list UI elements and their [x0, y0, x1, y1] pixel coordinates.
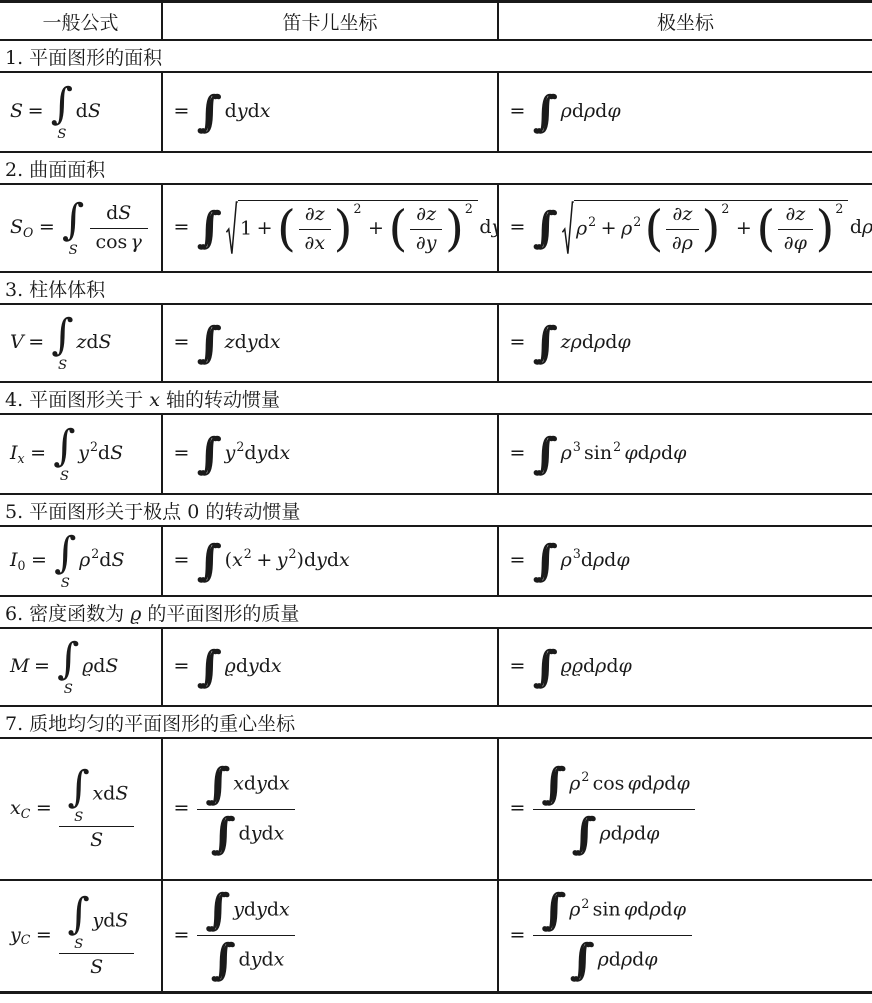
- math-run: =∫∫dydx: [169, 100, 270, 122]
- math-operator: =: [169, 216, 194, 238]
- integral-sign: ∫S: [68, 765, 90, 824]
- formula-row: V=∫SzdS=∫∫zdydx=∫∫zρdρdφ: [0, 304, 872, 382]
- integral-glyph: ∫: [214, 935, 236, 985]
- header-cartesian-coordinates: 笛卡儿坐标: [162, 2, 498, 41]
- math-text: 1: [240, 217, 252, 239]
- math-variable: y: [10, 924, 21, 946]
- polar-cell: =∫∫ρ2+ρ2(∂z∂ρ)2+(∂z∂φ)2dρdφ: [498, 184, 872, 272]
- fraction-numerator: ∫SxdS: [59, 765, 134, 826]
- math-variable: ρ: [621, 949, 632, 971]
- general-formula-cell: S=∫SdS: [0, 72, 162, 152]
- math-text: d: [267, 442, 279, 464]
- math-superscript: 2: [633, 214, 641, 229]
- open-paren-icon: (: [388, 212, 407, 247]
- math-variable: φ: [673, 442, 686, 464]
- section-title-row-7: 7. 质地均匀的平面图形的重心坐标: [0, 706, 872, 738]
- fraction: dScosγ: [90, 202, 148, 255]
- general-formula-cell: SO=∫SdScosγ: [0, 184, 162, 272]
- math-variable: φ: [646, 822, 659, 844]
- section-title-part: 轴的转动惯量: [160, 389, 280, 411]
- integral-lower-limit: S: [62, 244, 84, 257]
- math-text: d: [248, 100, 260, 122]
- integral-sign: ∫S: [51, 82, 73, 141]
- math-variable: ρ: [561, 549, 572, 571]
- close-paren-icon: ): [445, 212, 464, 247]
- math-variable: ρ: [598, 949, 609, 971]
- integral-glyph: ∫: [200, 429, 222, 479]
- math-variable: x: [279, 899, 290, 921]
- integral-lower-limit: S: [68, 811, 90, 824]
- math-operator: =: [31, 797, 56, 819]
- polar-cell: =∫∫ρ3dρdφ: [498, 526, 872, 596]
- math-variable: x: [274, 822, 285, 844]
- math-text: d: [304, 549, 316, 571]
- integral-glyph: ∫: [214, 809, 236, 859]
- integral-glyph: ∫: [573, 935, 595, 985]
- fraction-numerator: ∂z: [299, 203, 331, 229]
- math-variable: φ: [619, 655, 632, 677]
- math-variable: ∂: [416, 203, 426, 225]
- math-variable: y: [426, 232, 437, 254]
- math-variable: ρ: [621, 217, 632, 239]
- math-variable: S: [10, 100, 23, 122]
- math-run: =∫∫y2dydx: [169, 442, 290, 464]
- math-text: d: [641, 772, 653, 794]
- math-variable: z: [795, 203, 805, 225]
- math-operator: =: [505, 924, 530, 946]
- math-operator: =: [505, 549, 530, 571]
- double-integral-glyph: ∫∫: [533, 539, 558, 584]
- double-integral-sign: ∫∫: [533, 90, 558, 135]
- cartesian-cell: =∫∫y2dydx: [162, 414, 498, 494]
- math-variable: ρ: [682, 232, 693, 254]
- section-title: 2. 曲面面积: [0, 152, 872, 184]
- math-text: ): [297, 549, 304, 571]
- math-text: d: [103, 909, 115, 931]
- integral-lower-limit: S: [54, 577, 76, 590]
- math-variable: S: [99, 331, 112, 353]
- math-operator: =: [24, 331, 49, 353]
- integral-glyph: ∫: [544, 759, 566, 809]
- math-operator: +: [731, 217, 756, 239]
- math-variable: φ: [624, 899, 637, 921]
- math-text: d: [267, 772, 279, 794]
- math-text: d: [76, 100, 88, 122]
- integral-glyph: ∫: [536, 318, 558, 368]
- math-run: =∫∫ϱdydx: [169, 655, 282, 677]
- integral-sign: ∫S: [68, 892, 90, 951]
- math-variable: ρ: [584, 100, 595, 122]
- general-formula-cell: I0=∫Sρ2dS: [0, 526, 162, 596]
- math-variable: x: [274, 949, 285, 971]
- math-variable: ρ: [595, 655, 606, 677]
- fraction-numerator: ∫SydS: [59, 892, 134, 953]
- integral-sign: ∫S: [51, 313, 73, 372]
- math-operator: =: [169, 924, 194, 946]
- math-text: d: [244, 442, 256, 464]
- paren-exponent: 2: [353, 203, 361, 216]
- math-variable: φ: [628, 772, 641, 794]
- math-text: d: [99, 549, 111, 571]
- math-variable: S: [115, 783, 128, 805]
- fraction-denominator: ∂y: [410, 229, 442, 256]
- math-variable: x: [279, 772, 290, 794]
- integral-glyph: ∫: [208, 759, 230, 809]
- math-variable: ρ: [593, 549, 604, 571]
- math-variable: x: [314, 232, 325, 254]
- math-variable: x: [233, 772, 244, 794]
- math-text: d: [595, 100, 607, 122]
- double-integral-sign: ∫∫: [197, 645, 222, 690]
- math-superscript: 2: [613, 439, 621, 454]
- integral-glyph: ∫: [536, 429, 558, 479]
- double-integral-sign: ∫∫: [197, 321, 222, 366]
- math-operator: =: [505, 331, 530, 353]
- math-variable: I: [10, 549, 18, 571]
- math-superscript: 3: [573, 439, 581, 454]
- double-integral-sign: ∫∫: [533, 321, 558, 366]
- double-integral-glyph: ∫∫: [197, 432, 222, 477]
- math-text: cos: [593, 772, 625, 794]
- integral-glyph: ∫: [200, 642, 222, 692]
- math-variable: S: [105, 655, 118, 677]
- table-body: 1. 平面图形的面积S=∫SdS=∫∫dydx=∫∫ρdρdφ2. 曲面面积SO…: [0, 40, 872, 992]
- math-operator: =: [29, 655, 54, 677]
- fraction: ∂z∂ρ: [666, 203, 698, 256]
- cartesian-cell: =∫∫zdydx: [162, 304, 498, 382]
- double-integral-glyph: ∫∫: [541, 888, 566, 933]
- fraction-denominator: ∫∫dydx: [197, 809, 296, 857]
- double-integral-sign: ∫∫: [205, 762, 230, 807]
- math-variable: z: [315, 203, 325, 225]
- double-integral-glyph: ∫∫: [205, 888, 230, 933]
- integral-glyph: ∫: [536, 87, 558, 137]
- math-operator: =: [169, 549, 194, 571]
- math-operator: =: [505, 100, 530, 122]
- double-integral-glyph: ∫∫: [541, 762, 566, 807]
- math-run: =∫∫ρ2sinφdρdφ∫∫ρdρdφ: [505, 924, 695, 946]
- math-superscript: 3: [573, 546, 581, 561]
- math-operator: =: [169, 797, 194, 819]
- math-run: =∫∫(x2+y2)dydx: [169, 549, 350, 571]
- math-variable: ∂: [784, 232, 794, 254]
- math-variable: φ: [794, 232, 807, 254]
- square-root: ρ2+ρ2(∂z∂ρ)2+(∂z∂φ)2: [562, 200, 848, 257]
- math-variable: ϱ: [572, 655, 583, 677]
- fraction-numerator: ∫∫xdydx: [197, 762, 296, 809]
- section-title-row-5: 5. 平面图形关于极点 0 的转动惯量: [0, 494, 872, 526]
- section-title-part: 6. 密度函数为: [5, 603, 130, 625]
- fraction-denominator: cosγ: [90, 228, 148, 255]
- math-variable: x: [92, 783, 103, 805]
- math-run: =∫∫ϱϱdρdφ: [505, 655, 632, 677]
- math-run: =∫∫ρdρdφ: [505, 100, 621, 122]
- math-variable: x: [339, 549, 350, 571]
- math-operator: =: [505, 655, 530, 677]
- fraction-denominator: ∂x: [299, 229, 331, 256]
- header-polar-coordinates: 极坐标: [498, 2, 872, 41]
- double-integral-sign: ∫∫: [570, 938, 595, 983]
- math-text: d: [638, 442, 650, 464]
- math-variable: ρ: [561, 442, 572, 464]
- section-title-row-3: 3. 柱体体积: [0, 272, 872, 304]
- math-run: =∫∫1+(∂z∂x)2+(∂z∂y)2dydx: [169, 216, 498, 238]
- math-operator: =: [169, 100, 194, 122]
- double-integral-sign: ∫∫: [541, 888, 566, 933]
- cartesian-cell: =∫∫(x2+y2)dydx: [162, 526, 498, 596]
- integral-glyph: ∫: [536, 536, 558, 586]
- integral-sign: ∫S: [53, 424, 75, 483]
- section-title-row-6: 6. 密度函数为 ϱ 的平面图形的质量: [0, 596, 872, 628]
- fraction: ∂z∂y: [410, 203, 442, 256]
- section-title: 3. 柱体体积: [0, 272, 872, 304]
- math-operator: =: [505, 216, 530, 238]
- fraction: ∫SxdSS: [59, 765, 134, 853]
- math-variable: ρ: [623, 822, 634, 844]
- math-text: d: [609, 949, 621, 971]
- polar-cell: =∫∫ρ2cosφdρdφ∫∫ρdρdφ: [498, 738, 872, 880]
- math-variable: y: [316, 549, 327, 571]
- math-variable: y: [225, 442, 236, 464]
- integral-sign: ∫S: [54, 531, 76, 590]
- integral-lower-limit: S: [51, 128, 73, 141]
- integral-glyph: ∫: [53, 424, 75, 469]
- math-run: yC=∫SydSS: [10, 924, 137, 946]
- math-superscript: 2: [289, 546, 297, 561]
- section-title-row-2: 2. 曲面面积: [0, 152, 872, 184]
- formula-row: I0=∫Sρ2dS=∫∫(x2+y2)dydx=∫∫ρ3dρdφ: [0, 526, 872, 596]
- open-paren-icon: (: [756, 212, 775, 247]
- math-operator: =: [23, 100, 48, 122]
- math-text: d: [634, 822, 646, 844]
- radical-icon: [226, 200, 238, 257]
- formula-row: SO=∫SdScosγ=∫∫1+(∂z∂x)2+(∂z∂y)2dydx=∫∫ρ2…: [0, 184, 872, 272]
- math-variable: y: [78, 442, 89, 464]
- paren-exponent: 2: [721, 203, 729, 216]
- section-title-row-4: 4. 平面图形关于 x 轴的转动惯量: [0, 382, 872, 414]
- math-operator: +: [596, 217, 621, 239]
- math-run: I0=∫Sρ2dS: [10, 549, 124, 571]
- double-integral-glyph: ∫∫: [205, 762, 230, 807]
- math-variable: φ: [624, 442, 637, 464]
- math-variable: ϱ: [82, 655, 93, 677]
- math-variable: z: [561, 331, 571, 353]
- math-variable: φ: [676, 772, 689, 794]
- fraction-denominator: ∂ρ: [666, 229, 698, 256]
- paren-group: (∂z∂y)2: [388, 203, 474, 256]
- math-run: =∫∫ydydx∫∫dydx: [169, 924, 298, 946]
- integral-glyph: ∫: [57, 637, 79, 682]
- integral-glyph: ∫: [62, 198, 84, 243]
- math-variable: S: [115, 909, 128, 931]
- math-operator: +: [252, 217, 277, 239]
- math-text: d: [235, 331, 247, 353]
- math-text: d: [664, 772, 676, 794]
- section-title: 1. 平面图形的面积: [0, 40, 872, 72]
- section-title-part: 3. 柱体体积: [5, 279, 105, 301]
- math-run: V=∫SzdS: [10, 331, 112, 353]
- fraction: ∫∫ρ2sinφdρdφ∫∫ρdρdφ: [533, 888, 692, 983]
- math-run: S=∫SdS: [10, 100, 101, 122]
- fraction: ∫∫xdydx∫∫dydx: [197, 762, 296, 857]
- formula-row: xC=∫SxdSS=∫∫xdydx∫∫dydx=∫∫ρ2cosφdρdφ∫∫ρd…: [0, 738, 872, 880]
- paren-group: (∂z∂x)2: [277, 203, 363, 256]
- cartesian-cell: =∫∫xdydx∫∫dydx: [162, 738, 498, 880]
- integral-glyph: ∫: [200, 203, 222, 253]
- radicand: ρ2+ρ2(∂z∂ρ)2+(∂z∂φ)2: [574, 200, 848, 257]
- integral-glyph: ∫: [575, 809, 597, 859]
- math-variable: ρ: [862, 216, 872, 238]
- math-variable: ρ: [561, 100, 572, 122]
- double-integral-glyph: ∫∫: [533, 645, 558, 690]
- math-text: d: [327, 549, 339, 571]
- integral-glyph: ∫: [54, 531, 76, 576]
- integral-glyph: ∫: [544, 885, 566, 935]
- math-variable: y: [277, 549, 288, 571]
- general-formula-cell: Ix=∫Sy2dS: [0, 414, 162, 494]
- math-variable: x: [10, 797, 21, 819]
- fraction: ∂z∂x: [299, 203, 331, 256]
- math-variable: ρ: [79, 549, 90, 571]
- math-run: =∫∫zρdρdφ: [505, 331, 631, 353]
- math-run: M=∫SϱdS: [10, 655, 118, 677]
- section-title-part: ϱ: [130, 603, 141, 625]
- math-variable: ρ: [650, 442, 661, 464]
- math-variable: y: [257, 442, 268, 464]
- fraction-numerator: ∂z: [410, 203, 442, 229]
- math-variable: y: [248, 655, 259, 677]
- double-integral-glyph: ∫∫: [197, 321, 222, 366]
- math-text: d: [106, 202, 118, 224]
- double-integral-sign: ∫∫: [205, 888, 230, 933]
- integral-glyph: ∫: [536, 642, 558, 692]
- math-text: d: [850, 216, 862, 238]
- math-run: SO=∫SdScosγ: [10, 216, 150, 238]
- cartesian-cell: =∫∫ϱdydx: [162, 628, 498, 706]
- math-text: sin: [593, 899, 621, 921]
- radical-icon: [562, 200, 574, 257]
- square-root: 1+(∂z∂x)2+(∂z∂y)2: [226, 200, 478, 257]
- math-superscript: 2: [244, 546, 252, 561]
- math-variable: S: [110, 442, 123, 464]
- math-variable: S: [10, 216, 23, 238]
- math-variable: V: [10, 331, 24, 353]
- double-integral-glyph: ∫∫: [571, 812, 596, 857]
- math-variable: z: [225, 331, 235, 353]
- math-variable: ∂: [416, 232, 426, 254]
- double-integral-glyph: ∫∫: [533, 432, 558, 477]
- math-text: d: [661, 899, 673, 921]
- general-formula-cell: M=∫SϱdS: [0, 628, 162, 706]
- math-text: d: [267, 899, 279, 921]
- math-variable: y: [256, 772, 267, 794]
- section-title-row-1: 1. 平面图形的面积: [0, 40, 872, 72]
- math-variable: x: [260, 100, 271, 122]
- close-paren-icon: ): [334, 212, 353, 247]
- double-integral-sign: ∫∫: [197, 539, 222, 584]
- polar-cell: =∫∫ρdρdφ: [498, 72, 872, 152]
- math-variable: y: [237, 100, 248, 122]
- double-integral-sign: ∫∫: [571, 812, 596, 857]
- math-variable: ρ: [599, 822, 610, 844]
- section-title-part: 2. 曲面面积: [5, 159, 105, 181]
- integral-sign: ∫S: [62, 198, 84, 257]
- double-integral-glyph: ∫∫: [211, 938, 236, 983]
- fraction-denominator: S: [59, 826, 134, 853]
- math-variable: y: [247, 331, 258, 353]
- fraction: ∂z∂φ: [778, 203, 813, 256]
- math-superscript: 2: [581, 896, 589, 911]
- math-text: d: [244, 772, 256, 794]
- double-integral-sign: ∫∫: [541, 762, 566, 807]
- double-integral-glyph: ∫∫: [197, 206, 222, 251]
- section-title-part: 1. 平面图形的面积: [5, 47, 162, 69]
- paren-group: (∂z∂ρ)2: [644, 203, 731, 256]
- double-integral-glyph: ∫∫: [211, 812, 236, 857]
- fraction-numerator: ∫∫ydydx: [197, 888, 296, 935]
- fraction-denominator: ∫∫dydx: [197, 935, 296, 983]
- math-run: =∫∫xdydx∫∫dydx: [169, 797, 298, 819]
- math-variable: S: [90, 829, 103, 851]
- header-row: 一般公式 笛卡儿坐标 极坐标: [0, 2, 872, 41]
- integral-lower-limit: S: [51, 359, 73, 372]
- math-run: =∫∫ρ3dρdφ: [505, 549, 630, 571]
- math-text: d: [632, 949, 644, 971]
- integral-glyph: ∫: [536, 203, 558, 253]
- math-text: d: [611, 822, 623, 844]
- section-title-part: 的平面图形的质量: [141, 603, 299, 625]
- math-operator: =: [505, 442, 530, 464]
- paren-group: (∂z∂φ)2: [756, 203, 845, 256]
- math-text: d: [258, 331, 270, 353]
- math-variable: z: [76, 331, 86, 353]
- math-run: xC=∫SxdSS: [10, 797, 137, 819]
- double-integral-sign: ∫∫: [211, 938, 236, 983]
- math-variable: I: [10, 442, 18, 464]
- math-variable: M: [10, 655, 29, 677]
- double-integral-sign: ∫∫: [197, 90, 222, 135]
- section-title-part: 7. 质地均匀的平面图形的重心坐标: [5, 713, 295, 735]
- math-operator: =: [31, 924, 56, 946]
- math-subscript: C: [21, 932, 31, 947]
- paren-exponent: 2: [835, 203, 843, 216]
- fraction: ∫SydSS: [59, 892, 134, 980]
- math-variable: φ: [673, 899, 686, 921]
- math-variable: ρ: [594, 331, 605, 353]
- fraction-denominator: ∂φ: [778, 229, 813, 256]
- double-integral-sign: ∫∫: [211, 812, 236, 857]
- section-title: 4. 平面图形关于 x 轴的转动惯量: [0, 382, 872, 414]
- polar-cell: =∫∫ρ3sin2φdρdφ: [498, 414, 872, 494]
- cartesian-cell: =∫∫ydydx∫∫dydx: [162, 880, 498, 992]
- double-integral-glyph: ∫∫: [197, 90, 222, 135]
- close-paren-icon: ): [815, 212, 834, 247]
- integral-glyph: ∫: [200, 318, 222, 368]
- polar-cell: =∫∫zρdρdφ: [498, 304, 872, 382]
- section-title: 6. 密度函数为 ϱ 的平面图形的质量: [0, 596, 872, 628]
- math-variable: ∂: [672, 232, 682, 254]
- general-formula-cell: yC=∫SydSS: [0, 880, 162, 992]
- math-text: d: [103, 783, 115, 805]
- math-text: d: [239, 822, 251, 844]
- math-text: d: [583, 655, 595, 677]
- math-variable: z: [426, 203, 436, 225]
- math-text: d: [259, 655, 271, 677]
- general-formula-cell: xC=∫SxdSS: [0, 738, 162, 880]
- double-integral-glyph: ∫∫: [533, 321, 558, 366]
- math-text: d: [605, 331, 617, 353]
- double-integral-sign: ∫∫: [533, 645, 558, 690]
